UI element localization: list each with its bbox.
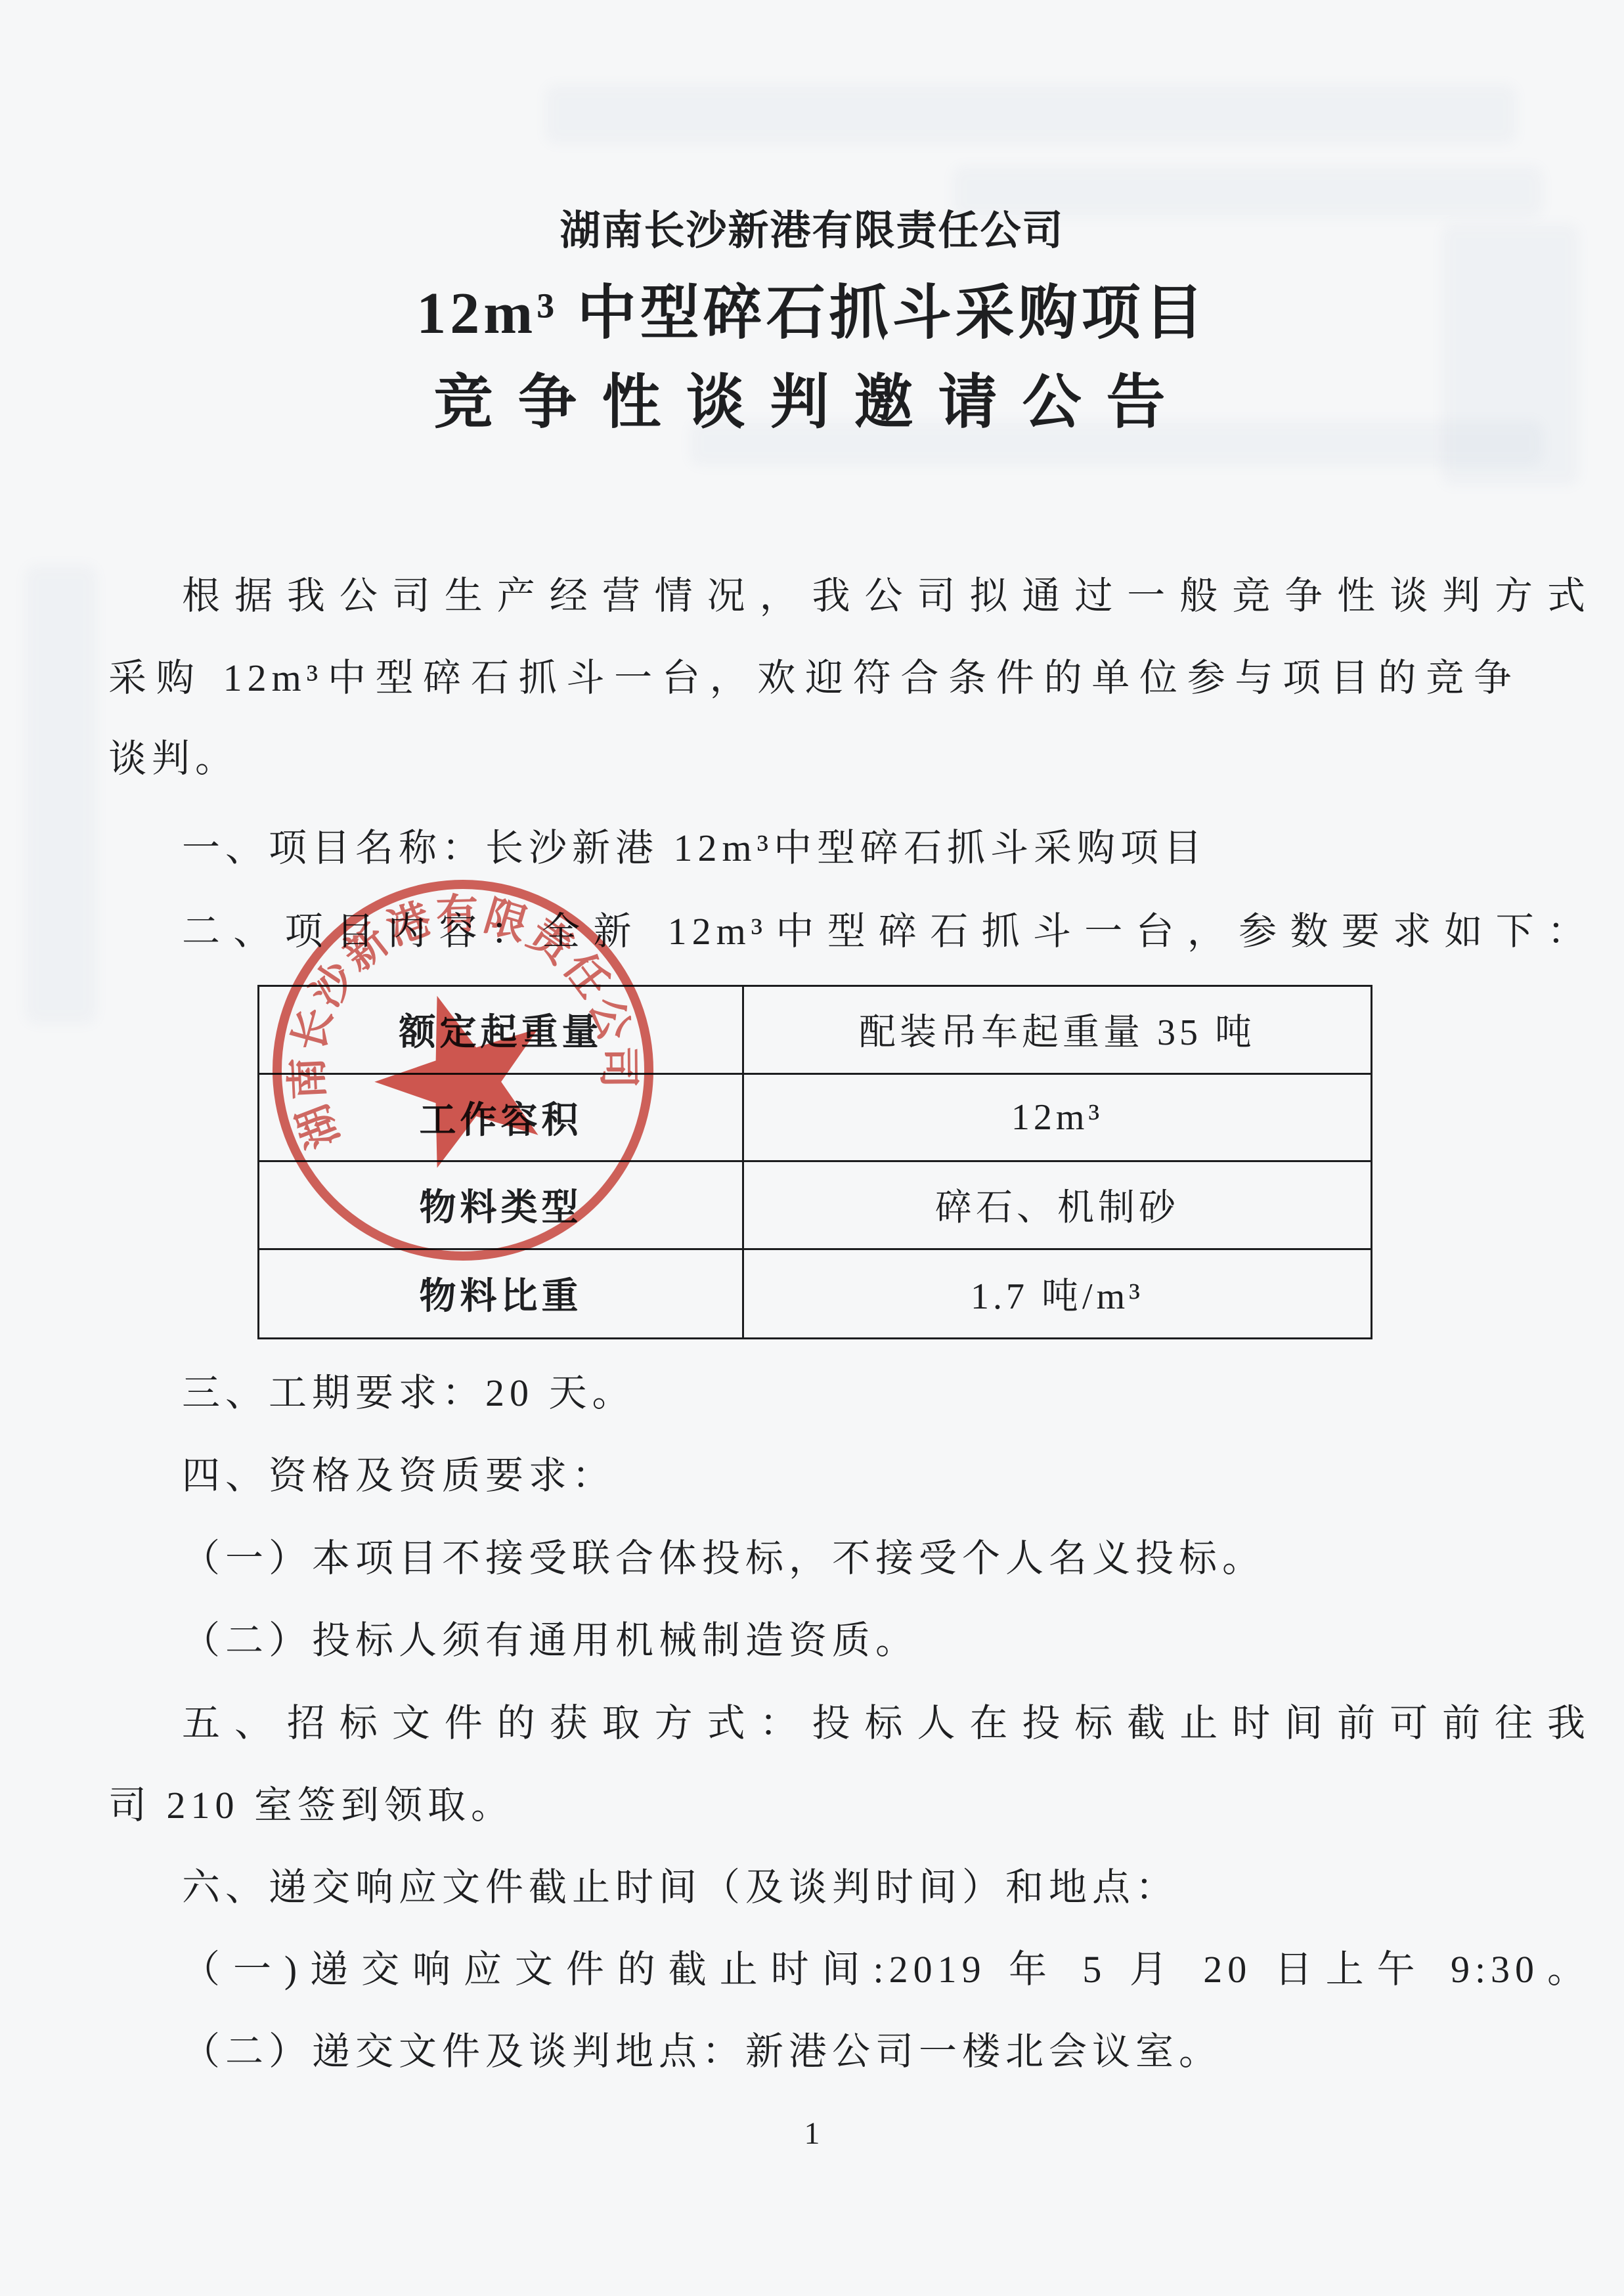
intro-line-3: 谈判。 xyxy=(108,735,1517,783)
document-title-project: 12m³ 中型碎石抓斗采购项目 xyxy=(0,281,1624,346)
item-5-line-1: 五、招标文件的获取方式：投标人在投标截止时间前可前往我 xyxy=(108,1700,1591,1748)
intro-line-2: 采购 12m³中型碎石抓斗一台，欢迎符合条件的单位参与项目的竞争 xyxy=(108,655,1517,703)
item-4-sub-1: （一）本项目不接受联合体投标，不接受个人名义投标。 xyxy=(108,1535,1591,1583)
document-title-company: 湖南长沙新港有限责任公司 xyxy=(0,209,1624,253)
item-5-line-2: 司 210 室签到领取。 xyxy=(108,1782,1517,1830)
spec-row-label: 额定起重量 xyxy=(259,987,744,1075)
spec-table: 额定起重量 配装吊车起重量 35 吨 工作容积 12m³ 物料类型 碎石、机制砂… xyxy=(257,985,1372,1339)
spec-row-value: 1.7 吨/m³ xyxy=(744,1250,1371,1338)
spec-row-label: 工作容积 xyxy=(259,1075,744,1163)
item-4-qualifications: 四、资格及资质要求： xyxy=(108,1452,1591,1500)
document-title-type: 竞争性谈判邀请公告 xyxy=(0,370,1624,435)
item-1-project-name: 一、项目名称：长沙新港 12m³中型碎石抓斗采购项目 xyxy=(108,825,1591,873)
scanned-document-page: 湖南长沙新港有限责任公司 12m³ 中型碎石抓斗采购项目 竞争性谈判邀请公告 根… xyxy=(0,0,1624,2296)
scan-artifact xyxy=(545,84,1517,144)
scan-artifact xyxy=(25,565,97,1024)
item-4-sub-2: （二）投标人须有通用机械制造资质。 xyxy=(108,1617,1591,1665)
spec-row-value: 12m³ xyxy=(744,1075,1371,1163)
spec-row-value: 碎石、机制砂 xyxy=(744,1162,1371,1250)
item-6-deadline-place: 六、递交响应文件截止时间（及谈判时间）和地点： xyxy=(108,1864,1591,1912)
intro-line-1: 根据我公司生产经营情况，我公司拟通过一般竞争性谈判方式 xyxy=(108,573,1591,620)
item-6-sub-1: （一)递交响应文件的截止时间:2019 年 5 月 20 日上午 9:30。 xyxy=(108,1946,1591,1994)
page-number: 1 xyxy=(0,2115,1624,2152)
spec-row-value: 配装吊车起重量 35 吨 xyxy=(744,987,1371,1075)
spec-row-label: 物料比重 xyxy=(259,1250,744,1338)
scan-artifact xyxy=(1441,223,1579,486)
item-6-sub-2: （二）递交文件及谈判地点：新港公司一楼北会议室。 xyxy=(108,2028,1591,2076)
item-2-project-content: 二、项目内容：全新 12m³中型碎石抓斗一台，参数要求如下： xyxy=(108,908,1591,956)
item-3-duration: 三、工期要求：20 天。 xyxy=(108,1370,1591,1418)
spec-row-label: 物料类型 xyxy=(259,1162,744,1250)
